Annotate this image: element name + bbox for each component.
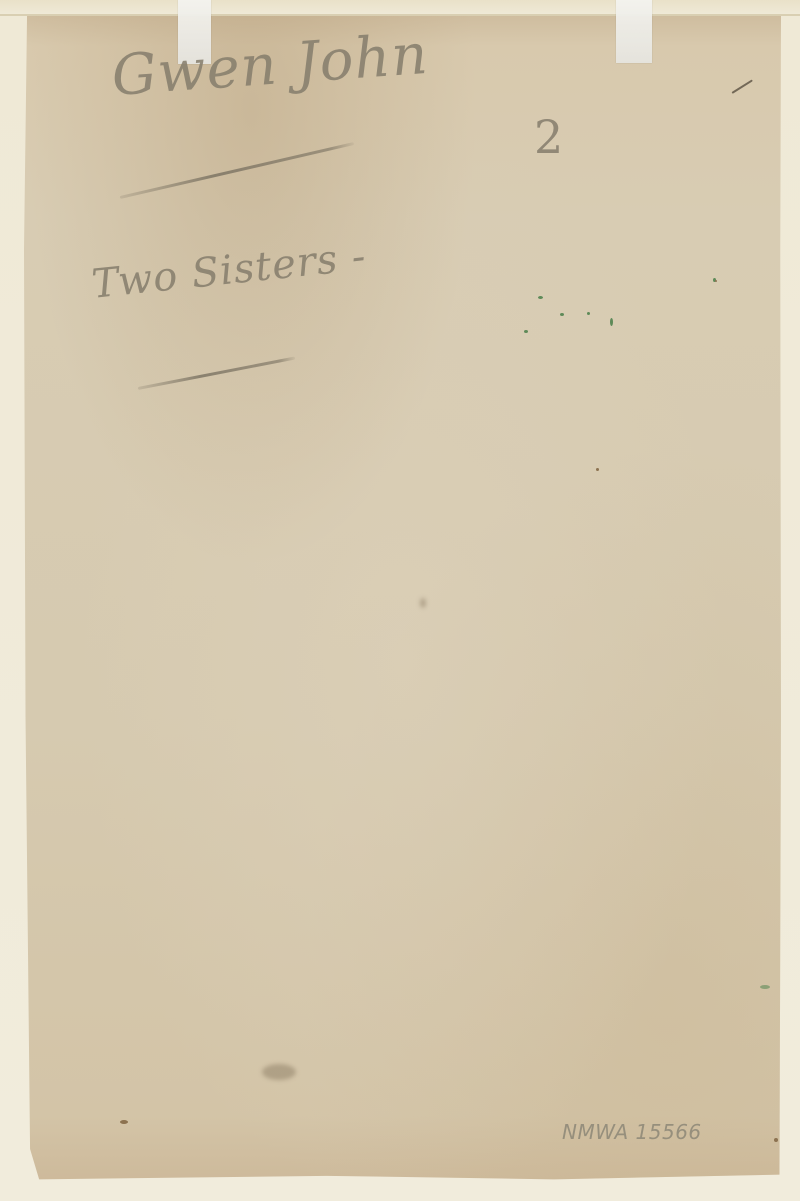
- dark-speck: [715, 280, 717, 282]
- sheet-number-inscription: 2: [534, 110, 564, 164]
- green-speck: [760, 985, 770, 989]
- inventory-number-inscription: NMWA 15566: [562, 1120, 702, 1144]
- dark-speck: [596, 468, 599, 471]
- green-speck: [560, 313, 564, 316]
- mount-background: Gwen John 2 Two Sisters - NMWA 15566: [0, 0, 800, 1201]
- mount-edge: [0, 14, 800, 16]
- green-speck: [610, 318, 613, 326]
- green-speck: [524, 330, 528, 333]
- green-speck: [538, 296, 543, 299]
- smudge-mark: [420, 598, 426, 608]
- dark-speck: [774, 1138, 778, 1142]
- dark-speck: [120, 1120, 128, 1124]
- hinge-tape-right: [616, 0, 652, 63]
- green-speck: [587, 312, 590, 315]
- smudge-mark: [262, 1064, 296, 1080]
